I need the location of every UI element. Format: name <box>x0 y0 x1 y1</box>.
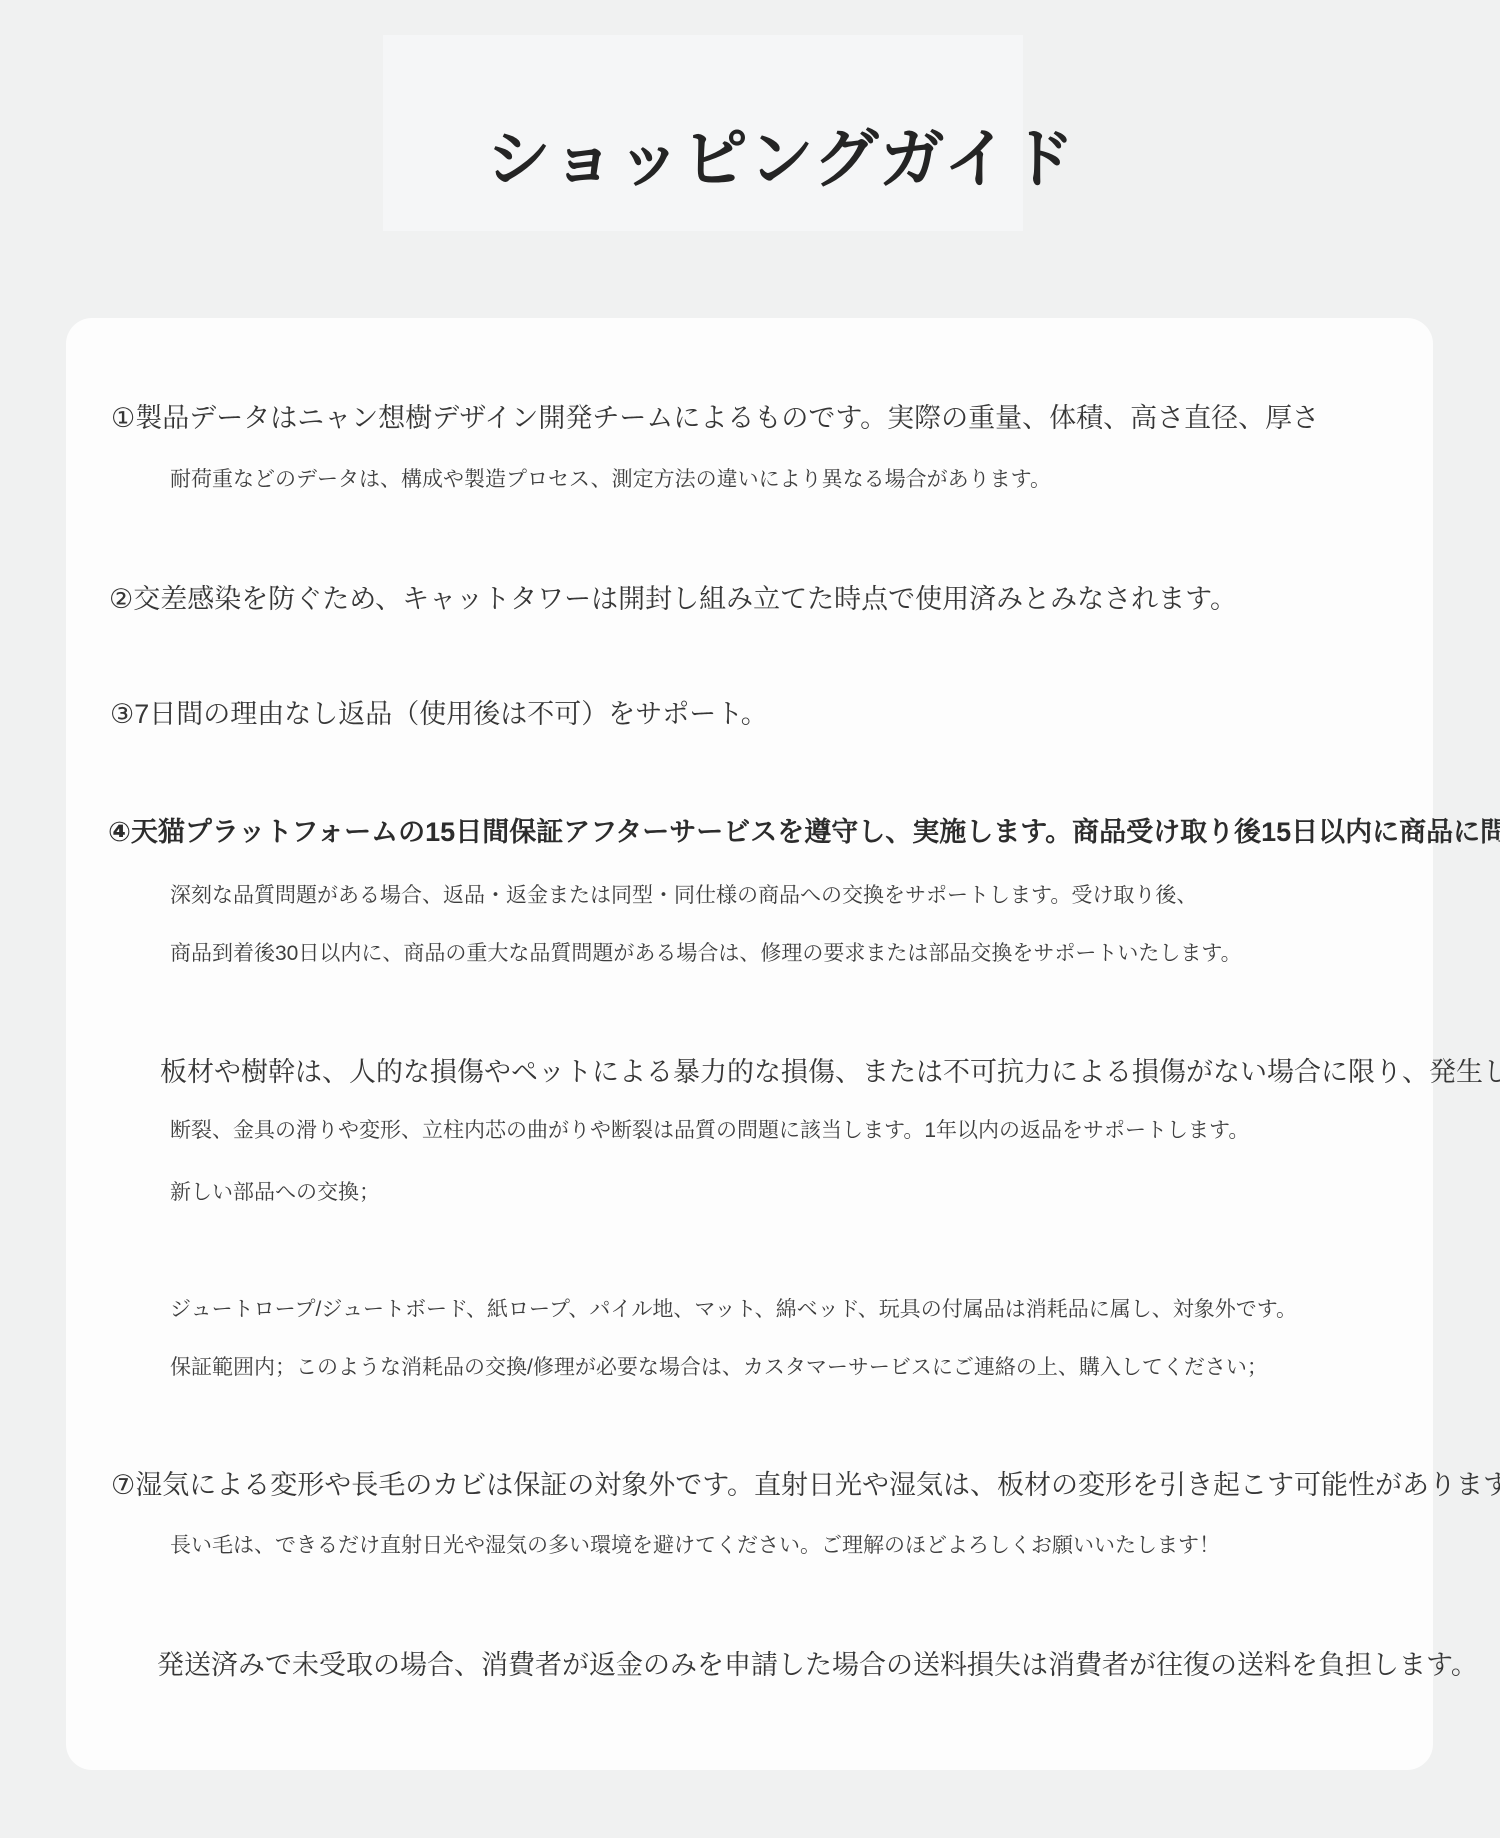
guide-item-4-note-2: 商品到着後30日以内に、商品の重大な品質問題がある場合は、修理の要求または部品交… <box>170 942 1242 965</box>
guide-item-4-note-1: 深刻な品質問題がある場合、返品・返金または同型・同仕様の商品への交換をサポートし… <box>170 884 1197 907</box>
guide-item-5-note-2: 新しい部品への交換； <box>170 1181 380 1204</box>
guide-item-8: 発送済みで未受取の場合、消費者が返金のみを申請した場合の送料損失は消費者が往復の… <box>157 1651 1478 1681</box>
guide-item-7: ⑦湿気による変形や長毛のカビは保証の対象外です。直射日光や湿気は、板材の変形を引… <box>111 1471 1500 1501</box>
guide-item-6-note-2: 保証範囲内；このような消耗品の交換/修理が必要な場合は、カスタマーサービスにご連… <box>170 1356 1268 1379</box>
guide-item-6-note-1: ジュートロープ/ジュートボード、紙ロープ、パイル地、マット、綿ベッド、玩具の付属… <box>170 1298 1297 1321</box>
page-title: ショッピングガイド <box>486 126 1075 191</box>
guide-item-4: ④天猫プラットフォームの15日間保証アフターサービスを遵守し、実施します。商品受… <box>108 818 1500 848</box>
guide-item-2: ②交差感染を防ぐため、キャットタワーは開封し組み立てた時点で使用済みとみなされま… <box>109 585 1237 615</box>
shopping-guide-page: ショッピングガイド ①製品データはニャン想樹デザイン開発チームによるものです。実… <box>0 0 1500 1838</box>
guide-item-5-note-1: 断裂、金具の滑りや変形、立柱内芯の曲がりや断裂は品質の問題に該当します。1年以内… <box>170 1119 1249 1142</box>
guide-item-1-note: 耐荷重などのデータは、構成や製造プロセス、測定方法の違いにより異なる場合がありま… <box>170 468 1051 491</box>
guide-item-1: ①製品データはニャン想樹デザイン開発チームによるものです。実際の重量、体積、高さ… <box>111 404 1319 434</box>
guide-item-5: 板材や樹幹は、人的な損傷やペットによる暴力的な損傷、または不可抗力による損傷がな… <box>160 1058 1500 1088</box>
guide-item-7-note: 長い毛は、できるだけ直射日光や湿気の多い環境を避けてください。ご理解のほどよろし… <box>170 1534 1220 1557</box>
guide-item-3: ③7日間の理由なし返品（使用後は不可）をサポート。 <box>110 700 768 730</box>
